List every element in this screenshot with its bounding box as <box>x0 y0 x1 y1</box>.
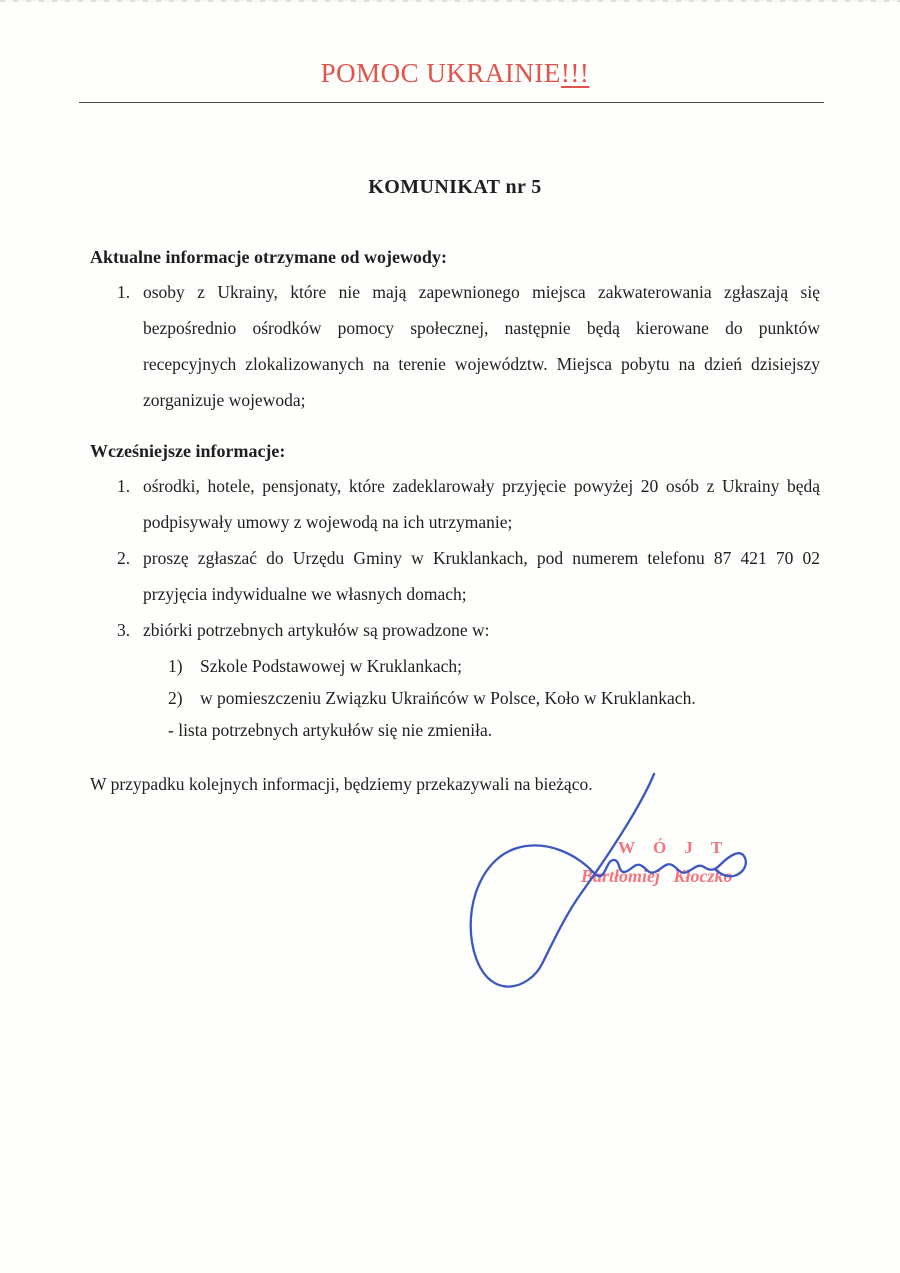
list-item-marker: 1. <box>117 468 143 540</box>
list-item-marker: 1. <box>117 274 143 418</box>
section1-list: 1. osoby z Ukrainy, które nie mają zapew… <box>117 274 820 418</box>
list-item: 2. proszę zgłaszać do Urzędu Gminy w Kru… <box>117 540 820 612</box>
sublist-item-marker: 2) <box>168 682 200 714</box>
header-divider <box>79 102 824 103</box>
signature-block: W Ó J T Bartłomiej Kłoczko <box>440 768 860 1013</box>
sublist-item: 2) w pomieszczeniu Związku Ukraińców w P… <box>168 682 820 714</box>
list-item: 1. ośrodki, hotele, pensjonaty, które za… <box>117 468 820 540</box>
dash-note: - lista potrzebnych artykułów się nie zm… <box>168 714 820 746</box>
sublist-item-text: Szkole Podstawowej w Kruklankach; <box>200 650 820 682</box>
list-item-text: osoby z Ukrainy, które nie mają zapewnio… <box>143 274 820 418</box>
list-item-text: proszę zgłaszać do Urzędu Gminy w Krukla… <box>143 540 820 612</box>
list-item: 1. osoby z Ukrainy, które nie mają zapew… <box>117 274 820 418</box>
list-item: 3. zbiórki potrzebnych artykułów są prow… <box>117 612 820 648</box>
document-content: POMOC UKRAINIE!!! KOMUNIKAT nr 5 Aktualn… <box>0 0 900 796</box>
document-page: POMOC UKRAINIE!!! KOMUNIKAT nr 5 Aktualn… <box>0 0 900 1273</box>
section2-list: 1. ośrodki, hotele, pensjonaty, które za… <box>117 468 820 648</box>
list-item-marker: 2. <box>117 540 143 612</box>
page-title-exclamation: !!! <box>561 58 589 88</box>
list-item-text: ośrodki, hotele, pensjonaty, które zadek… <box>143 468 820 540</box>
list-item-text: zbiórki potrzebnych artykułów są prowadz… <box>143 612 820 648</box>
section2-heading: Wcześniejsze informacje: <box>90 440 820 462</box>
communique-heading: KOMUNIKAT nr 5 <box>90 176 820 198</box>
list-item-marker: 3. <box>117 612 143 648</box>
sublist-item-marker: 1) <box>168 650 200 682</box>
handwritten-signature-ink <box>440 768 860 1008</box>
page-title: POMOC UKRAINIE!!! <box>90 58 820 89</box>
section1-heading: Aktualne informacje otrzymane od wojewod… <box>90 246 820 268</box>
section2-sublist: 1) Szkole Podstawowej w Kruklankach; 2) … <box>168 650 820 714</box>
page-title-text: POMOC UKRAINIE <box>321 58 561 88</box>
sublist-item-text: w pomieszczeniu Związku Ukraińców w Pols… <box>200 682 820 714</box>
sublist-item: 1) Szkole Podstawowej w Kruklankach; <box>168 650 820 682</box>
